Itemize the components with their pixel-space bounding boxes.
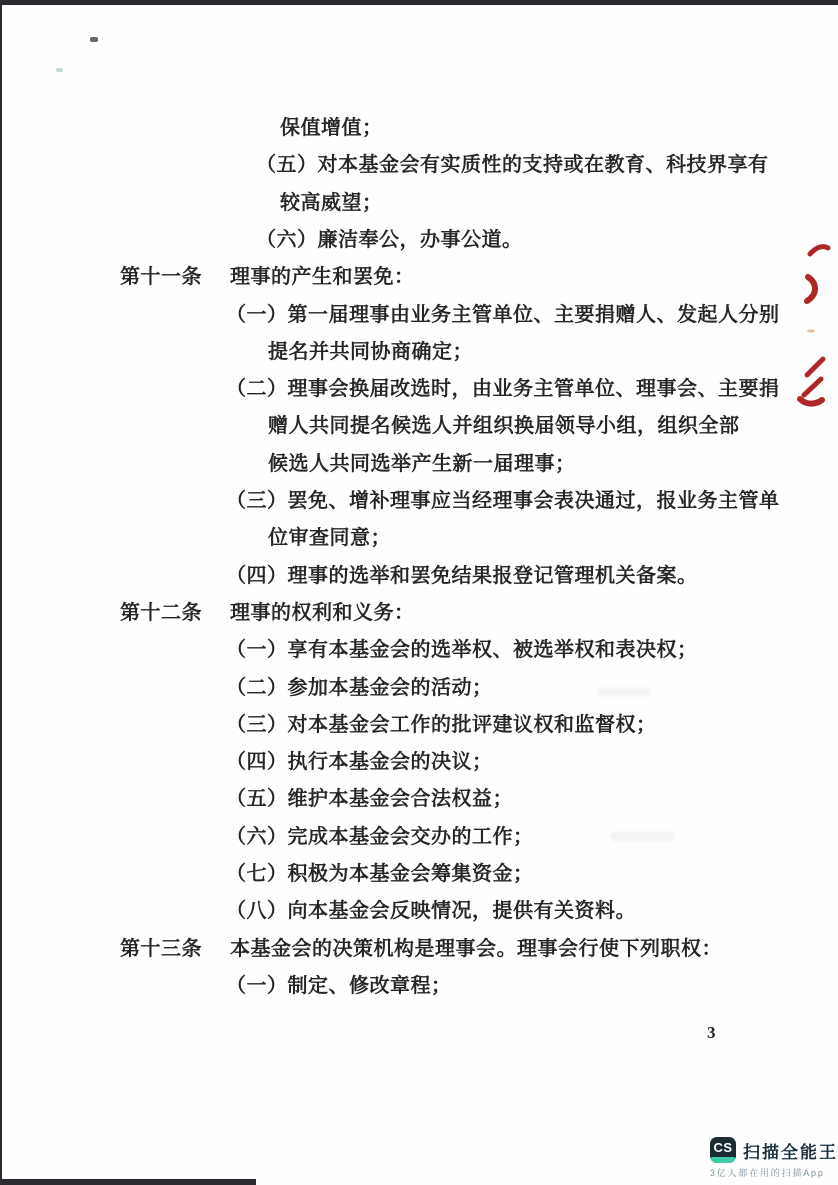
- article-number: 第十一条: [120, 265, 202, 289]
- page-number: 3: [707, 1023, 716, 1043]
- red-ink-marks: [792, 238, 838, 414]
- text-line: （六）完成本基金会交办的工作；: [226, 825, 534, 849]
- text-line: 候选人共同选举产生新一届理事；: [268, 452, 576, 476]
- watermark-tagline: 3亿人都在用的扫描App: [710, 1166, 834, 1179]
- cs-badge-letters: CS: [710, 1139, 736, 1157]
- text-line: （二）参加本基金会的活动；: [226, 676, 493, 700]
- article-title: 本基金会的决策机构是理事会。理事会行使下列职权：: [230, 937, 722, 961]
- text-line: （一）第一届理事由业务主管单位、主要捐赠人、发起人分别: [226, 303, 780, 327]
- text-line: （七）积极为本基金会筹集资金；: [226, 862, 534, 886]
- text-line: （三）罢免、增补理事应当经理事会表决通过，报业务主管单: [226, 489, 780, 513]
- text-line: （四）执行本基金会的决议；: [226, 750, 493, 774]
- text-line: （六）廉洁奉公，办事公道。: [256, 228, 523, 252]
- text-layer: 保值增值；（五）对本基金会有实质性的支持或在教育、科技界享有较高威望；（六）廉洁…: [0, 0, 838, 1185]
- text-line: （八）向本基金会反映情况，提供有关资料。: [226, 899, 636, 923]
- text-line: 保值增值；: [280, 116, 383, 140]
- scanned-document-page: 保值增值；（五）对本基金会有实质性的支持或在教育、科技界享有较高威望；（六）廉洁…: [0, 0, 838, 1185]
- text-line: （五）对本基金会有实质性的支持或在教育、科技界享有: [256, 153, 769, 177]
- article-number: 第十三条: [120, 937, 202, 961]
- article-title: 理事的产生和罢免：: [230, 265, 415, 289]
- article-title: 理事的权利和义务：: [230, 601, 415, 625]
- text-line: （四）理事的选举和罢免结果报登记管理机关备案。: [226, 564, 698, 588]
- brand-text: 扫描全能王: [743, 1143, 838, 1162]
- camscanner-logo-icon: CS: [710, 1137, 736, 1163]
- text-line: （一）享有本基金会的选举权、被选举权和表决权；: [226, 638, 698, 662]
- article-number: 第十二条: [120, 601, 202, 625]
- text-line: 较高威望；: [280, 191, 383, 215]
- camscanner-watermark: CS 扫描全能王™ 3亿人都在用的扫描App: [710, 1137, 834, 1179]
- text-line: 赠人共同提名候选人并组织换届领导小组，组织全部: [268, 414, 740, 438]
- text-line: （五）维护本基金会合法权益；: [226, 787, 513, 811]
- watermark-brand-name: 扫描全能王™: [743, 1138, 838, 1163]
- text-line: 位审查同意；: [268, 526, 391, 550]
- text-line: （二）理事会换届改选时，由业务主管单位、理事会、主要捐: [226, 377, 780, 401]
- text-line: （一）制定、修改章程；: [226, 974, 452, 998]
- cs-badge-accent: [710, 1157, 736, 1163]
- text-line: （三）对本基金会工作的批评建议权和监督权；: [226, 713, 657, 737]
- watermark-logo-row: CS 扫描全能王™: [710, 1137, 834, 1163]
- text-line: 提名并共同协商确定；: [268, 340, 473, 364]
